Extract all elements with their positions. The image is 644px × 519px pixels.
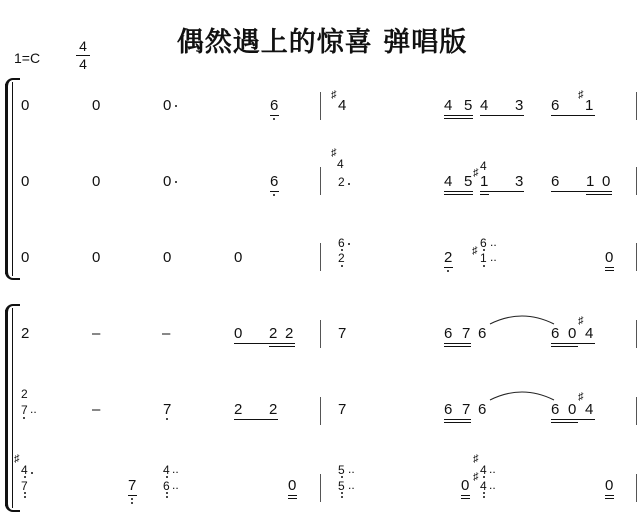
note: 0 xyxy=(568,326,576,342)
sharp-sign: ♯ xyxy=(14,454,20,465)
note: 7 xyxy=(163,402,171,418)
beam xyxy=(444,422,471,423)
note: 2 xyxy=(21,388,28,400)
barline xyxy=(320,243,321,271)
beam xyxy=(270,115,279,116)
barline xyxy=(636,320,637,348)
beam xyxy=(234,343,295,344)
note: 5 xyxy=(464,174,472,190)
note: 6 xyxy=(444,326,452,342)
beam xyxy=(551,346,578,347)
note: 0 xyxy=(163,98,171,114)
note: 6 xyxy=(551,174,559,190)
note: 4 xyxy=(444,98,452,114)
aug-dot xyxy=(348,243,350,245)
note: 0 xyxy=(234,250,242,266)
aug-dot xyxy=(175,105,177,107)
tie xyxy=(489,312,555,326)
note: 4 xyxy=(585,326,593,342)
beam xyxy=(444,419,471,420)
barline xyxy=(320,320,321,348)
aug-dots: .. xyxy=(172,479,179,491)
beam xyxy=(605,495,614,496)
aug-dots: .. xyxy=(489,479,496,491)
sharp-sign: ♯ xyxy=(578,392,584,403)
note: 6 xyxy=(551,326,559,342)
octave-dot xyxy=(23,417,25,419)
octave-dot xyxy=(166,496,168,498)
sharp-sign: ♯ xyxy=(331,90,337,101)
barline xyxy=(636,397,637,425)
beam xyxy=(605,267,614,268)
beam xyxy=(288,498,297,499)
note: 2 xyxy=(338,176,345,188)
note: 7 xyxy=(21,480,28,492)
aug-dots: .. xyxy=(489,463,496,475)
octave-dot xyxy=(166,476,168,478)
beam xyxy=(444,194,473,195)
note: 6 xyxy=(478,402,486,418)
note: 0 xyxy=(605,250,613,266)
score-title: 偶然遇上的惊喜 弹唱版 xyxy=(0,20,644,59)
note: 2 xyxy=(269,326,277,342)
note: 2 xyxy=(338,252,345,264)
beam xyxy=(444,118,473,119)
note: 0 xyxy=(21,250,29,266)
octave-dot xyxy=(341,265,343,267)
system-2-inner-line xyxy=(12,308,13,508)
sharp-sign: ♯ xyxy=(331,148,337,159)
note: 1 xyxy=(585,98,593,114)
dash: – xyxy=(92,402,100,418)
beam xyxy=(605,270,614,271)
octave-dot xyxy=(341,492,343,494)
note: 4 xyxy=(337,158,344,170)
note: 2 xyxy=(285,326,293,342)
sharp-sign: ♯ xyxy=(578,90,584,101)
note: 0 xyxy=(568,402,576,418)
beam xyxy=(480,194,489,195)
sharp-sign: ♯ xyxy=(473,168,479,179)
octave-dot xyxy=(341,476,343,478)
barline xyxy=(320,474,321,502)
barline xyxy=(320,92,321,120)
beam xyxy=(480,191,524,192)
note: 0 xyxy=(234,326,242,342)
beam xyxy=(586,194,612,195)
beam xyxy=(551,419,595,420)
barline xyxy=(636,243,637,271)
note: 0 xyxy=(92,98,100,114)
time-sig-top: 4 xyxy=(79,38,87,54)
aug-dots: .. xyxy=(30,403,37,415)
octave-dot xyxy=(273,118,275,120)
aug-dots: .. xyxy=(348,463,355,475)
note: 0 xyxy=(21,98,29,114)
barline xyxy=(636,167,637,195)
dash: – xyxy=(162,326,170,342)
aug-dot xyxy=(175,181,177,183)
beam xyxy=(444,191,473,192)
beam xyxy=(444,346,471,347)
note: 3 xyxy=(515,174,523,190)
aug-dots: .. xyxy=(490,251,497,263)
octave-dot xyxy=(24,496,26,498)
barline xyxy=(320,397,321,425)
note: 6 xyxy=(478,326,486,342)
note: 6 xyxy=(163,480,170,492)
dash: – xyxy=(92,326,100,342)
aug-dots: .. xyxy=(172,463,179,475)
note: 4 xyxy=(444,174,452,190)
note: 4 xyxy=(480,98,488,114)
note: 7 xyxy=(462,402,470,418)
note: 6 xyxy=(270,98,278,114)
note: 7 xyxy=(21,404,28,416)
octave-dot xyxy=(483,265,485,267)
note: 4 xyxy=(480,160,487,172)
note: 4 xyxy=(585,402,593,418)
beam xyxy=(551,191,612,192)
octave-dot xyxy=(131,498,133,500)
note: 0 xyxy=(288,478,296,494)
beam xyxy=(480,115,524,116)
note: 6 xyxy=(270,174,278,190)
sharp-sign: ♯ xyxy=(473,472,479,483)
octave-dot xyxy=(447,270,449,272)
note: 0 xyxy=(21,174,29,190)
note: 4 xyxy=(338,98,346,114)
note: 6 xyxy=(480,237,487,249)
beam xyxy=(551,422,578,423)
note: 0 xyxy=(461,478,469,494)
note: 5 xyxy=(464,98,472,114)
octave-dot xyxy=(483,476,485,478)
note: 1 xyxy=(480,252,487,264)
note: 1 xyxy=(480,174,488,190)
sharp-sign: ♯ xyxy=(472,246,478,257)
note: 7 xyxy=(338,326,346,342)
time-signature: 4 4 xyxy=(76,38,90,73)
note: 1 xyxy=(586,174,594,190)
barline xyxy=(636,474,637,502)
note: 2 xyxy=(21,326,29,342)
note: 6 xyxy=(444,402,452,418)
note: 4 xyxy=(480,464,487,476)
note: 0 xyxy=(92,250,100,266)
beam xyxy=(551,115,595,116)
note: 4 xyxy=(480,480,487,492)
note: 6 xyxy=(551,98,559,114)
tie xyxy=(489,388,555,402)
aug-dots: .. xyxy=(490,236,497,248)
note: 5 xyxy=(338,480,345,492)
sharp-sign: ♯ xyxy=(578,316,584,327)
beam xyxy=(605,498,614,499)
octave-dot xyxy=(166,418,168,420)
aug-dot xyxy=(348,183,350,185)
beam xyxy=(270,191,279,192)
beam xyxy=(461,498,470,499)
barline xyxy=(320,167,321,195)
key-signature: 1=C xyxy=(14,50,40,66)
note: 7 xyxy=(338,402,346,418)
note: 0 xyxy=(163,250,171,266)
beam xyxy=(444,267,453,268)
note: 0 xyxy=(163,174,171,190)
beam xyxy=(444,115,473,116)
octave-dot xyxy=(24,492,26,494)
barline xyxy=(636,92,637,120)
beam xyxy=(128,495,137,496)
octave-dot xyxy=(483,496,485,498)
beam xyxy=(461,495,470,496)
aug-dot xyxy=(31,472,33,474)
beam xyxy=(269,346,295,347)
octave-dot xyxy=(131,502,133,504)
octave-dot xyxy=(341,496,343,498)
note: 0 xyxy=(602,174,610,190)
aug-dots: .. xyxy=(348,479,355,491)
note: 0 xyxy=(605,478,613,494)
octave-dot xyxy=(273,194,275,196)
note: 2 xyxy=(444,250,452,266)
beam xyxy=(288,495,297,496)
beam xyxy=(234,419,278,420)
note: 0 xyxy=(92,174,100,190)
note: 7 xyxy=(128,478,136,494)
time-sig-bottom: 4 xyxy=(79,56,87,72)
note: 3 xyxy=(515,98,523,114)
note: 4 xyxy=(21,464,28,476)
beam xyxy=(551,343,595,344)
octave-dot xyxy=(483,492,485,494)
system-1-inner-line xyxy=(12,82,13,276)
note: 2 xyxy=(234,402,242,418)
beam xyxy=(444,343,471,344)
note: 5 xyxy=(338,464,345,476)
note: 2 xyxy=(269,402,277,418)
octave-dot xyxy=(166,492,168,494)
octave-dot xyxy=(24,476,26,478)
note: 6 xyxy=(551,402,559,418)
note: 7 xyxy=(462,326,470,342)
note: 6 xyxy=(338,237,345,249)
sharp-sign: ♯ xyxy=(473,454,479,465)
note: 4 xyxy=(163,464,170,476)
